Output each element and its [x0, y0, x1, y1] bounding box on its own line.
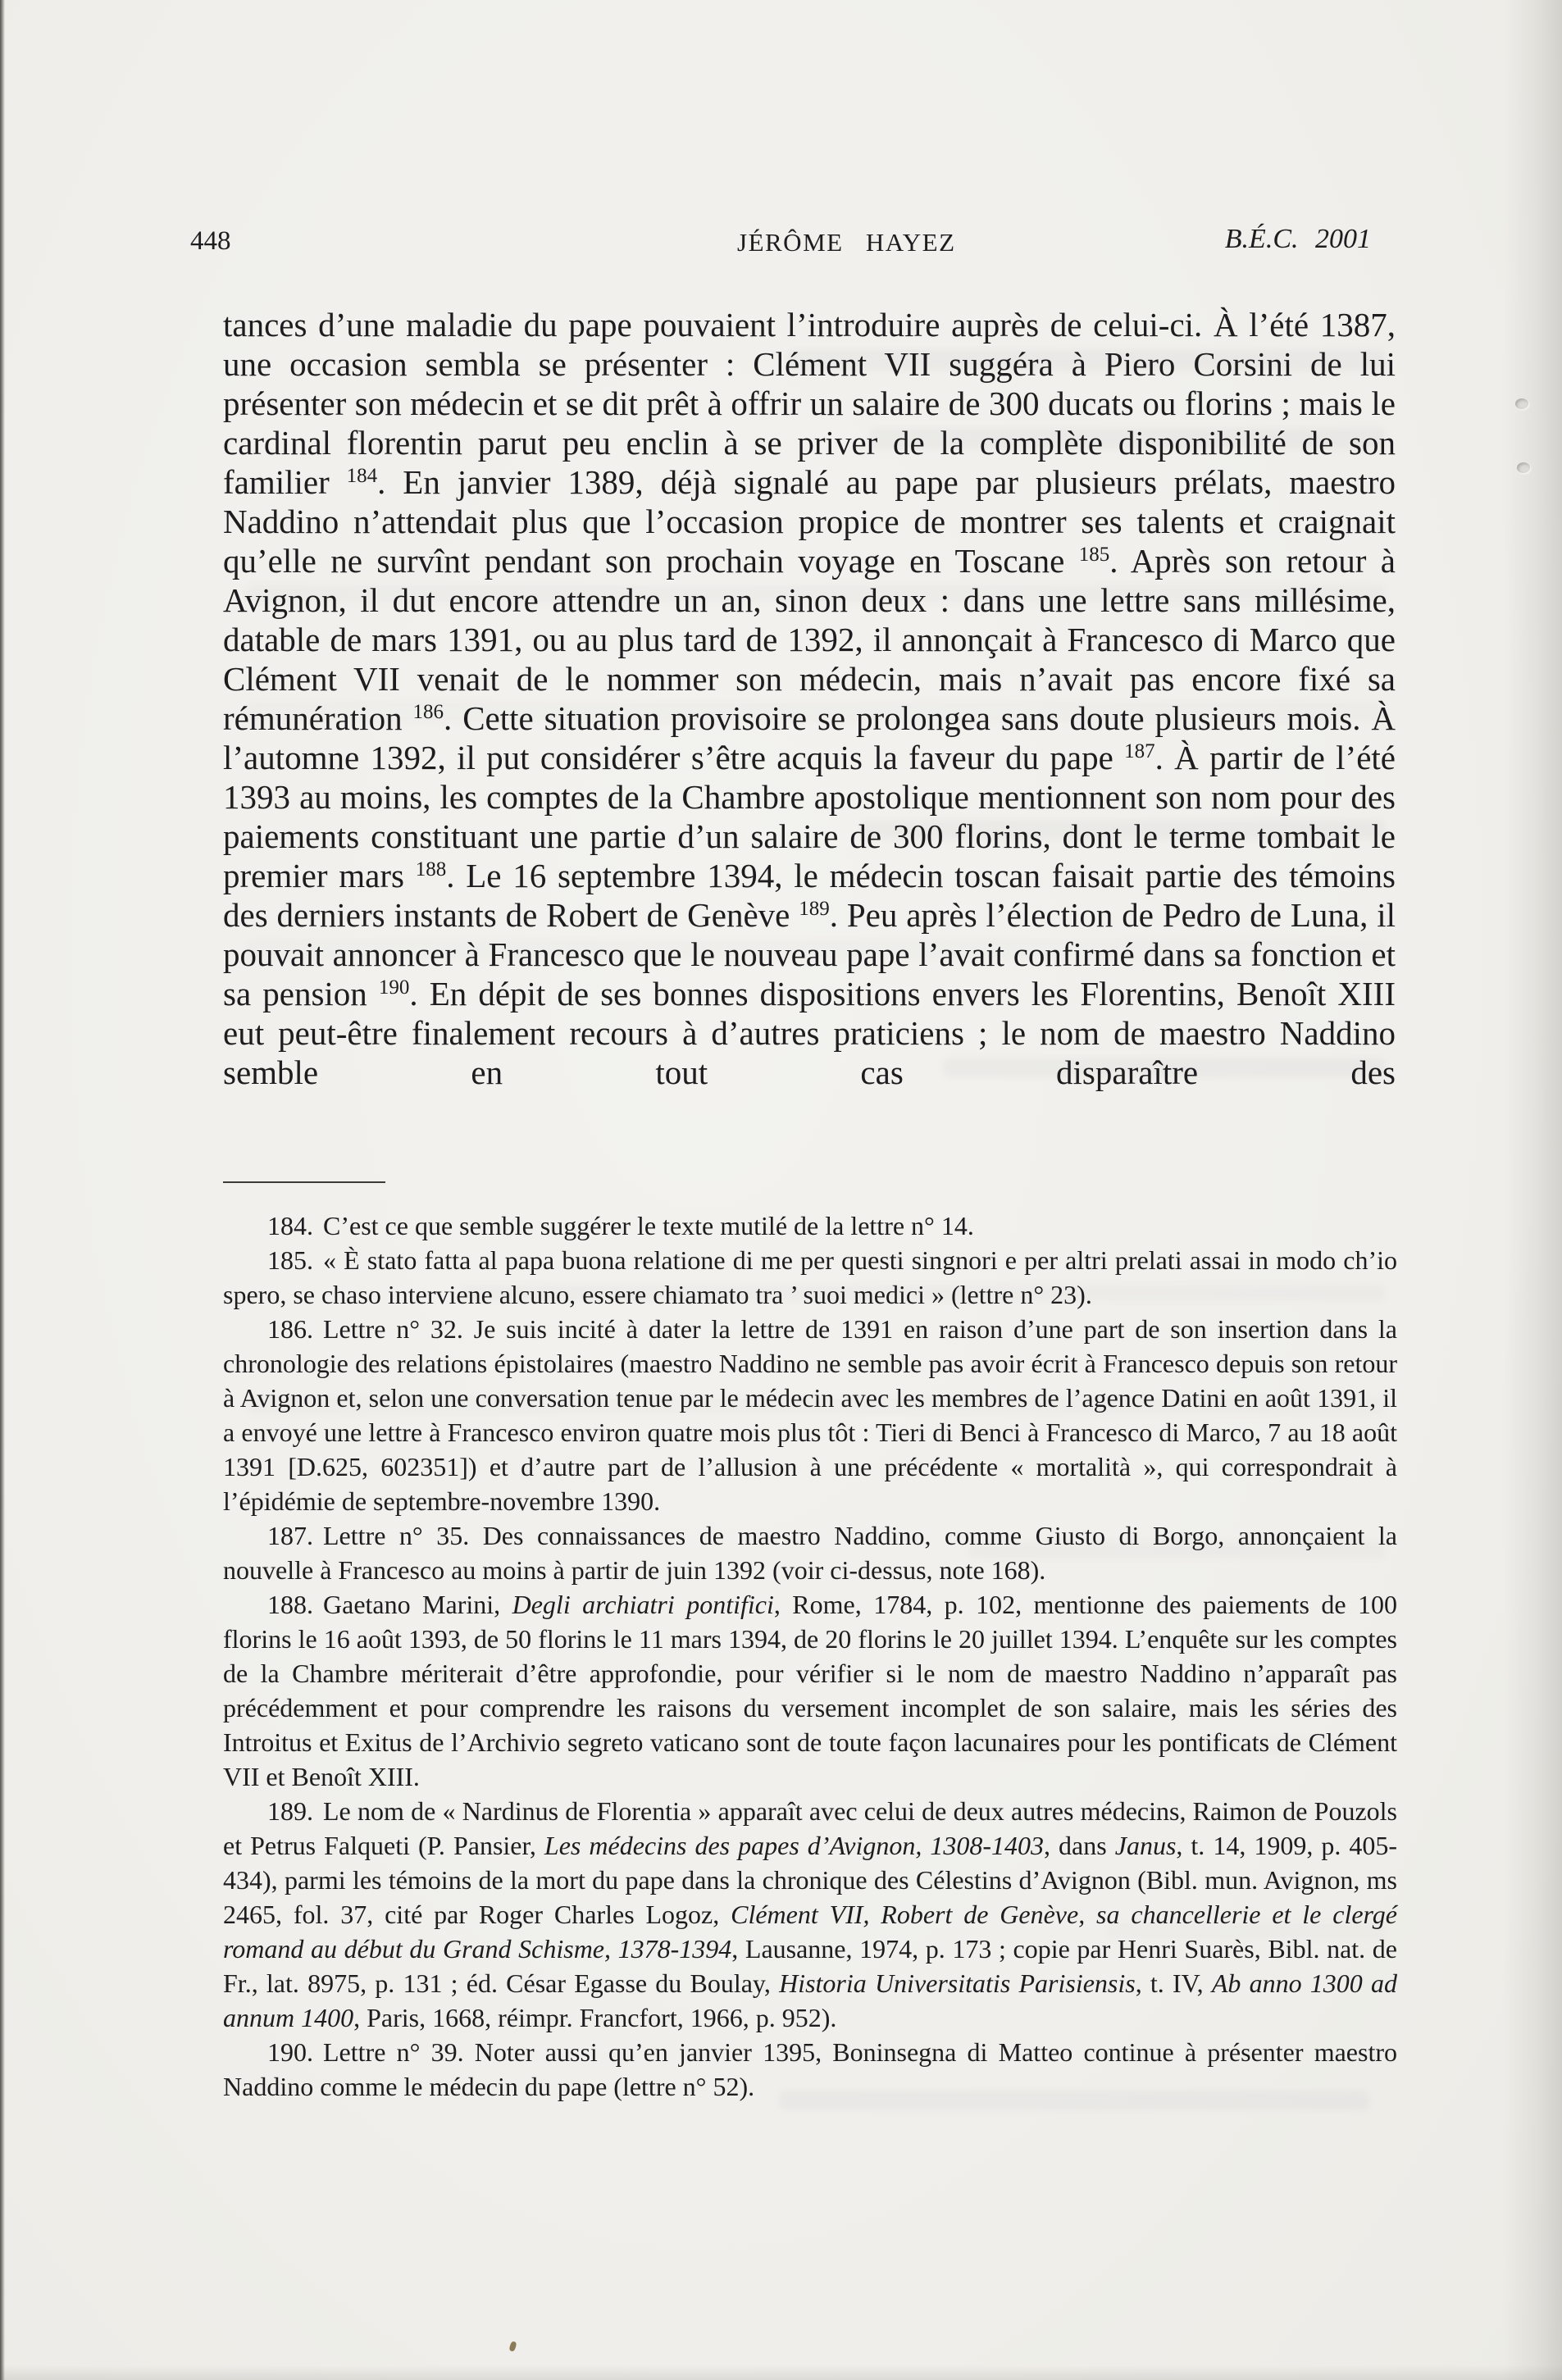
footnotes: 184.C’est ce que semble suggérer le text… [223, 1208, 1397, 2104]
page-number: 448 [190, 226, 231, 256]
scan-dimple [1515, 398, 1528, 409]
footnote-number: 188. [267, 1590, 323, 1619]
footnote-number: 190. [267, 2037, 323, 2067]
scan-left-edge [0, 0, 5, 2380]
footnote-separator [223, 1181, 385, 1183]
scan-right-shadow [1503, 0, 1562, 2380]
running-title: JÉRÔME HAYEZ [737, 229, 956, 257]
footnote-ref: 190 [379, 976, 410, 999]
journal-ref: B.É.C. 2001 [1225, 225, 1371, 254]
footnote-ref: 186 [413, 701, 444, 723]
running-head: 448 JÉRÔME HAYEZ B.É.C. 2001 [190, 226, 1371, 259]
footnote-186: 186.Lettre n° 32. Je suis incité à dater… [223, 1312, 1397, 1518]
scan-speck [508, 2341, 517, 2352]
footnote-185: 185.« È stato fatta al papa buona relati… [223, 1243, 1397, 1312]
footnote-ref: 187 [1124, 740, 1155, 762]
body-paragraph: tances d’une maladie du pape pouvaient l… [223, 305, 1396, 1092]
footnote-189: 189.Le nom de « Nardinus de Florentia » … [223, 1794, 1397, 2035]
footnote-number: 184. [267, 1211, 323, 1240]
footnote-number: 187. [267, 1521, 323, 1550]
footnote-number: 186. [267, 1314, 323, 1344]
footnote-number: 185. [267, 1245, 323, 1275]
scan-dimple [1517, 462, 1530, 473]
footnote-187: 187.Lettre n° 35. Des connaissances de m… [223, 1518, 1397, 1587]
scan-bottom-shadow [0, 2365, 1562, 2380]
footnote-ref: 189 [799, 898, 830, 920]
footnote-ref: 188 [416, 858, 447, 881]
footnote-190: 190.Lettre n° 39. Noter aussi qu’en janv… [223, 2035, 1397, 2104]
footnote-ref: 185 [1079, 544, 1110, 566]
scanned-page: 448 JÉRÔME HAYEZ B.É.C. 2001 tances d’un… [0, 0, 1562, 2380]
footnote-ref: 184 [347, 465, 378, 487]
footnote-number: 189. [267, 1796, 323, 1826]
footnote-188: 188.Gaetano Marini, Degli archiatri pont… [223, 1587, 1397, 1794]
footnote-184: 184.C’est ce que semble suggérer le text… [223, 1208, 1397, 1243]
